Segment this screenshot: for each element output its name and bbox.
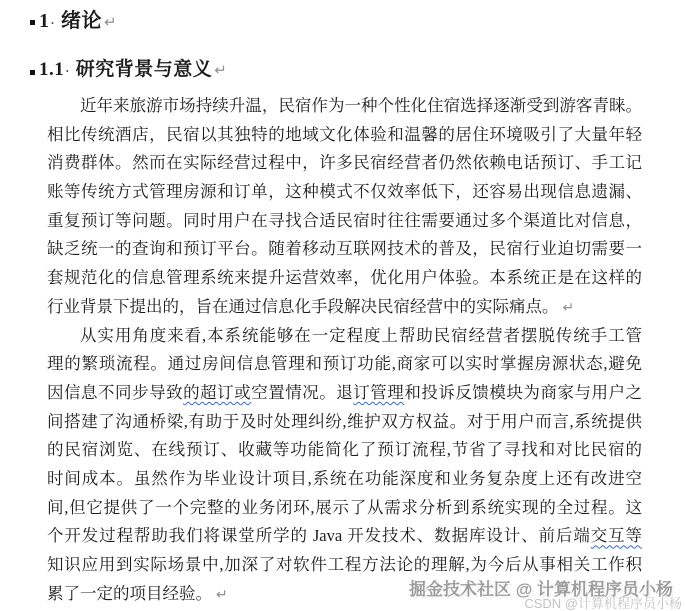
text-line: 从实用角度来看,本系统能够在一定程度上帮助民宿经营者摆脱传统手工管	[47, 322, 642, 351]
document-body[interactable]: 近年来旅游市场持续升温，民宿作为一种个性化住宿选择逐渐受到游客青睐。相比传统酒店…	[47, 92, 642, 608]
text-segment: 间搭建了沟通桥梁,有助于及时处理纠纷,维护双方权益。对于用户而言,系统提供	[47, 412, 642, 431]
text-line: 间搭建了沟通桥梁,有助于及时处理纠纷,维护双方权益。对于用户而言,系统提供	[47, 408, 642, 437]
text-segment: 重复预订等问题。同时用户在寻找合适民宿时往往需要通过多个渠道比对信息，	[47, 211, 642, 230]
document-page: 1·绪论↵ 1.1·研究背景与意义↵ 近年来旅游市场持续升温，民宿作为一种个性化…	[0, 0, 685, 611]
heading-text: 绪论	[61, 10, 102, 32]
paragraph-mark: ↵	[214, 63, 227, 79]
text-segment: 和投诉反馈模块为商家与用户之	[404, 383, 642, 402]
text-segment: 缺乏统一的查询和预订平台。随着移动互联网技术的普及，民宿行业迫切需要一	[47, 239, 642, 258]
text-line: 因信息不同步导致的超订或空置情况。退订管理和投诉反馈模块为商家与用户之	[47, 379, 642, 408]
text-line: 相比传统酒店，民宿以其独特的地域文化体验和温馨的居住环境吸引了大量年轻	[47, 121, 642, 150]
text-segment: 理的繁琐流程。通过房间信息管理和预订功能,商家可以实时掌握房源状态,避免	[47, 354, 642, 373]
text-segment: 个开发过程帮助我们将课堂所学的 Java 开发技术、数据库设计、前后端	[47, 526, 591, 545]
text-line: 个开发过程帮助我们将课堂所学的 Java 开发技术、数据库设计、前后端交互等	[47, 522, 642, 551]
heading-number: 1.1	[39, 59, 64, 80]
heading-chapter-1[interactable]: 1·绪论↵	[30, 9, 117, 35]
text-segment: 近年来旅游市场持续升温，民宿作为一种个性化住宿选择逐渐受到游客青睐。	[80, 96, 642, 115]
text-line: 时间成本。虽然作为毕业设计项目,系统在功能深度和业务复杂度上还有改进空	[47, 465, 642, 494]
misspelled-text: 交互等	[591, 526, 642, 545]
paragraph-mark: ↵	[563, 301, 575, 316]
text-line: 消费群体。然而在实际经营过程中，许多民宿经营者仍然依赖电话预订、手工记	[47, 149, 642, 178]
text-segment: 账等传统方式管理房源和订单，这种模式不仅效率低下，还容易出现信息遗漏、	[47, 182, 642, 201]
text-line: 近年来旅游市场持续升温，民宿作为一种个性化住宿选择逐渐受到游客青睐。	[47, 92, 642, 121]
text-segment: 因信息不同步导致	[47, 383, 183, 402]
heading-bullet-icon	[30, 20, 35, 25]
text-segment: 累了一定的项目经验。	[47, 584, 212, 603]
text-line: 理的繁琐流程。通过房间信息管理和预订功能,商家可以实时掌握房源状态,避免	[47, 350, 642, 379]
paragraph-mark: ↵	[104, 15, 117, 31]
text-segment: 相比传统酒店，民宿以其独特的地域文化体验和温馨的居住环境吸引了大量年轻	[47, 125, 642, 144]
text-segment: 间,但它提供了一个完整的业务闭环,展示了从需求分析到系统实现的全过程。这	[47, 498, 642, 517]
text-segment: 消费群体。然而在实际经营过程中，许多民宿经营者仍然依赖电话预订、手工记	[47, 153, 642, 172]
text-segment: 时间成本。虽然作为毕业设计项目,系统在功能深度和业务复杂度上还有改进空	[47, 469, 642, 488]
paragraph-mark: ↵	[216, 588, 228, 603]
text-segment: 空置情况。退	[251, 383, 353, 402]
text-line: 缺乏统一的查询和预订平台。随着移动互联网技术的普及，民宿行业迫切需要一	[47, 235, 642, 264]
text-line: 账等传统方式管理房源和订单，这种模式不仅效率低下，还容易出现信息遗漏、	[47, 178, 642, 207]
text-segment: 行业背景下提出的，旨在通过信息化手段解决民宿经营中的实际痛点。	[47, 297, 559, 316]
watermark-csdn: CSDN @计算机程序员小杨	[524, 593, 682, 611]
text-segment: 套规范化的信息管理系统来提升运营效率，优化用户体验。本系统正是在这样的	[47, 268, 642, 287]
text-segment: 从实用角度来看,本系统能够在一定程度上帮助民宿经营者摆脱传统手工管	[80, 326, 642, 345]
space-mark-icon: ·	[65, 64, 70, 78]
misspelled-text: 订管理	[353, 383, 404, 402]
text-segment: 知识应用到实际场景中,加深了对软件工程方法论的理解,为今后从事相关工作积	[47, 555, 642, 574]
space-mark-icon: ·	[51, 16, 56, 30]
text-line: 行业背景下提出的，旨在通过信息化手段解决民宿经营中的实际痛点。↵	[47, 293, 642, 322]
heading-section-1-1[interactable]: 1.1·研究背景与意义↵	[30, 58, 227, 83]
text-line: 套规范化的信息管理系统来提升运营效率，优化用户体验。本系统正是在这样的	[47, 264, 642, 293]
heading-number: 1	[39, 10, 50, 32]
text-line: 间,但它提供了一个完整的业务闭环,展示了从需求分析到系统实现的全过程。这	[47, 494, 642, 523]
misspelled-text: 的超订或	[183, 383, 251, 402]
text-segment: 的民宿浏览、在线预订、收藏等功能简化了预订流程,节省了寻找和对比民宿的	[47, 440, 642, 459]
heading-text: 研究背景与意义	[76, 59, 213, 80]
text-line: 的民宿浏览、在线预订、收藏等功能简化了预订流程,节省了寻找和对比民宿的	[47, 436, 642, 465]
heading-bullet-icon	[30, 70, 35, 75]
text-line: 重复预订等问题。同时用户在寻找合适民宿时往往需要通过多个渠道比对信息，	[47, 207, 642, 236]
